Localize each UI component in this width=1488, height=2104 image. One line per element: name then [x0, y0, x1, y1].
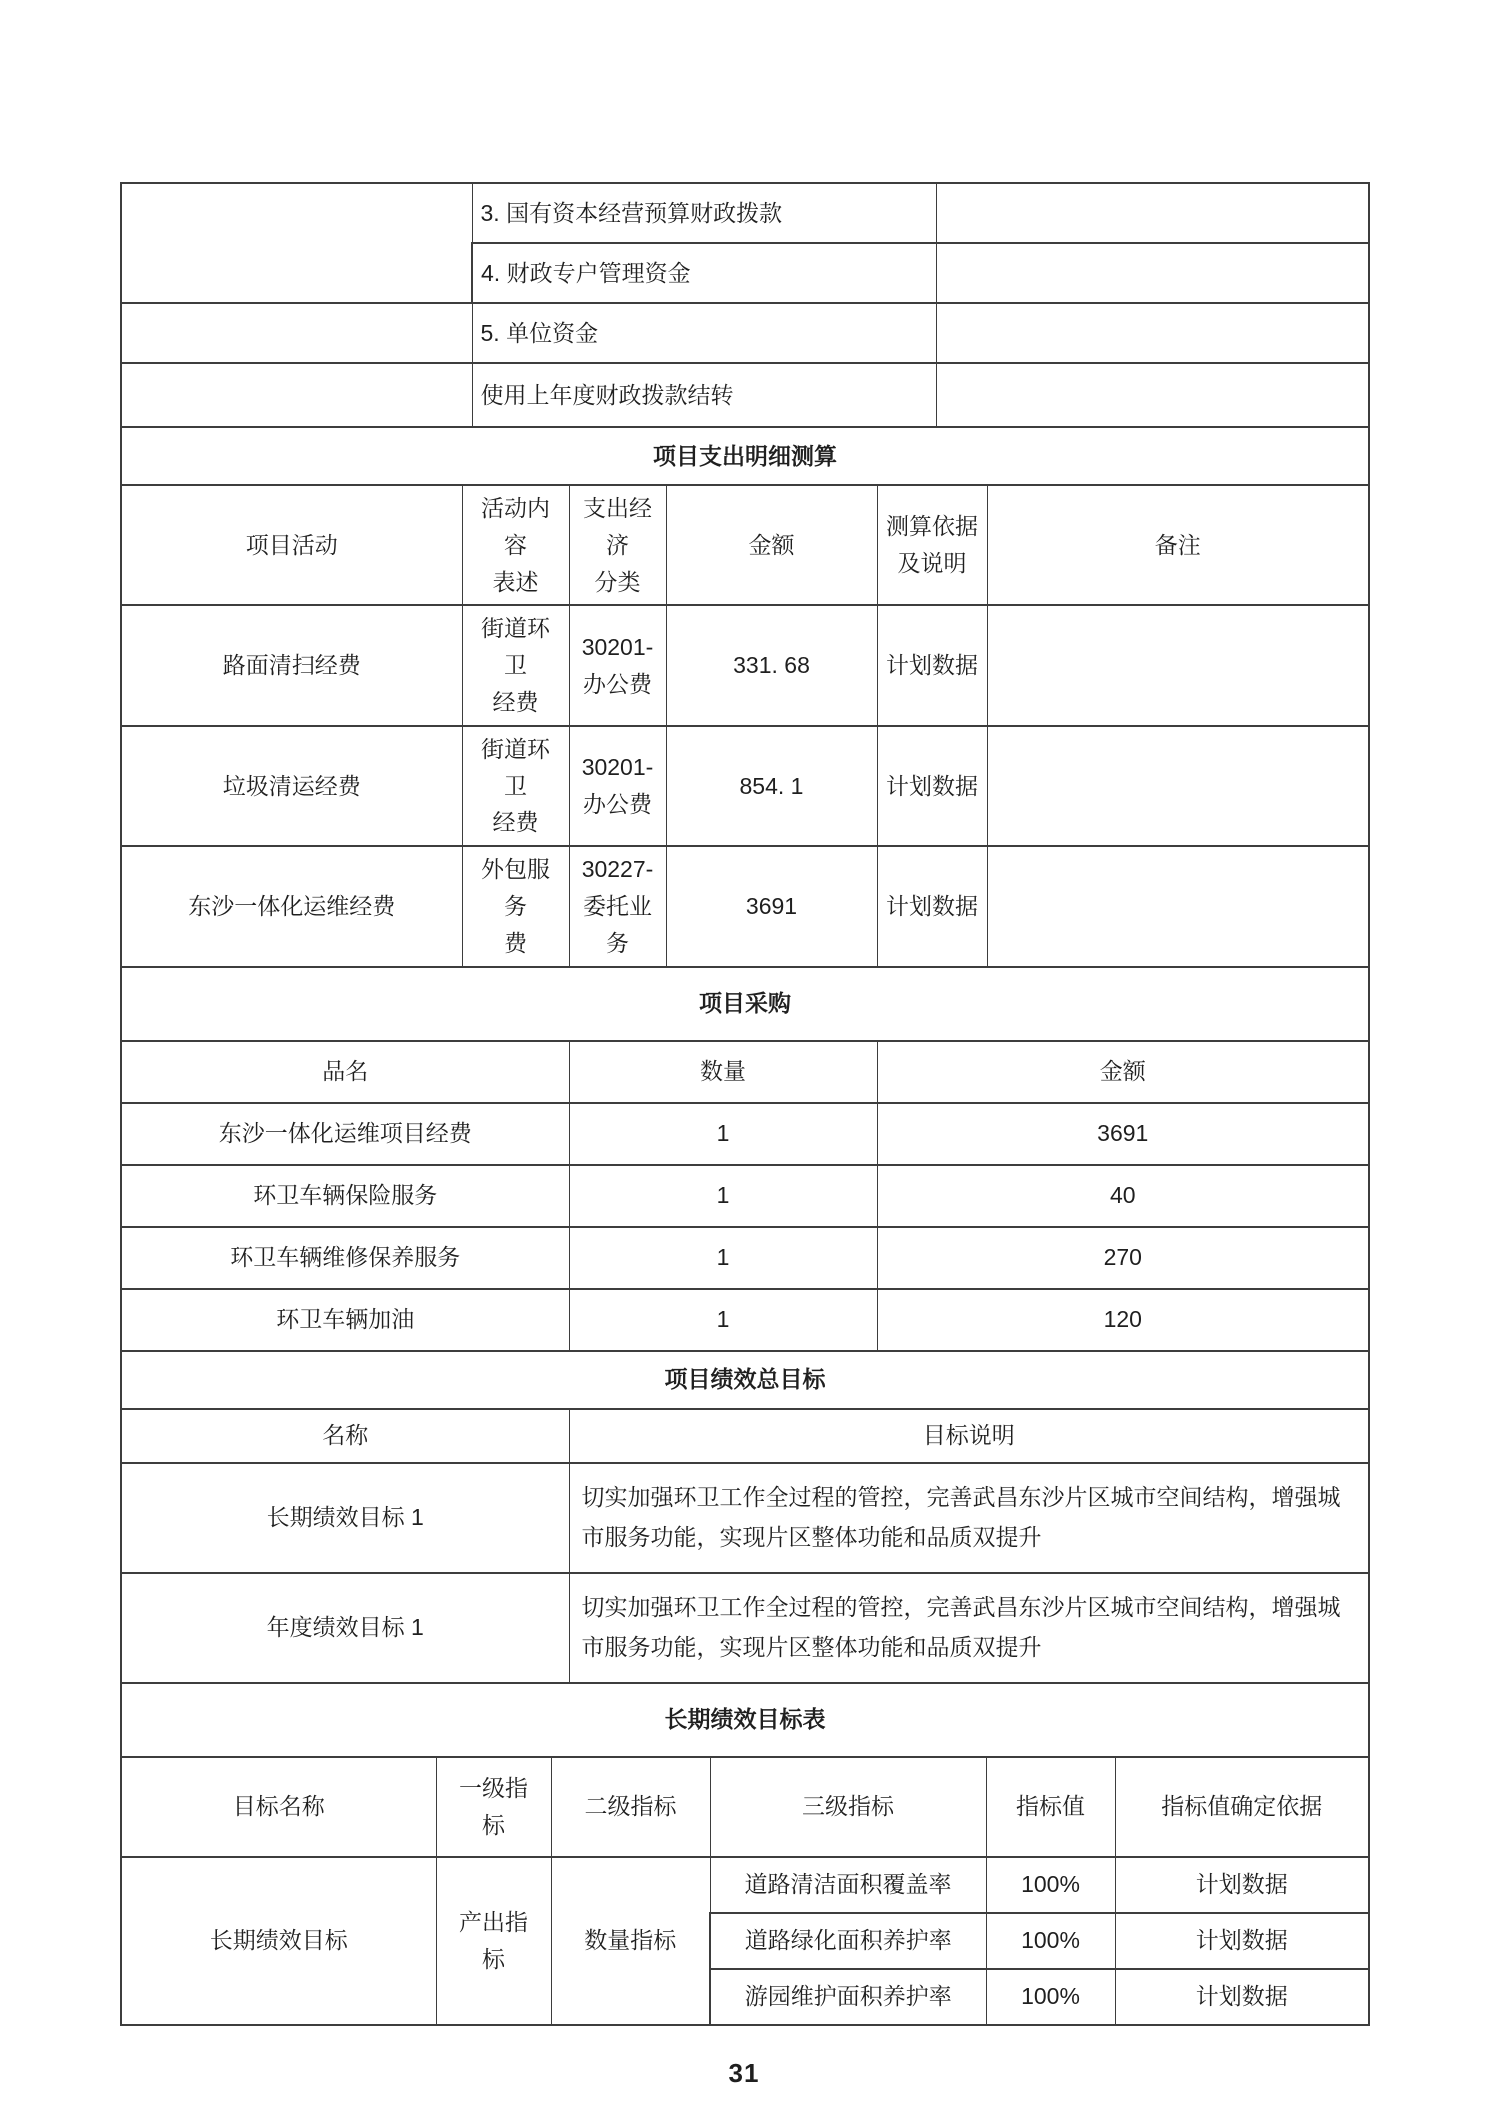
- table-row: 东沙一体化运维经费 外包服务 费 30227- 委托业 务 3691 计划数据: [121, 846, 1369, 966]
- amount-cell: 854. 1: [666, 726, 877, 846]
- basis-cell: 计划数据: [877, 726, 987, 846]
- activity-cell: 东沙一体化运维经费: [121, 846, 462, 966]
- amount-cell: 3691: [666, 846, 877, 966]
- quantity-cell: 1: [569, 1227, 877, 1289]
- level3-indicator-cell: 道路绿化面积养护率: [710, 1913, 986, 1969]
- table-row: 年度绩效目标 1 切实加强环卫工作全过程的管控，完善武昌东沙片区城市空间结构，增…: [121, 1573, 1369, 1683]
- table-row: 路面清扫经费 街道环卫 经费 30201- 办公费 331. 68 计划数据: [121, 605, 1369, 725]
- procurement-title: 项目采购: [121, 967, 1369, 1041]
- goal-desc-cell: 切实加强环卫工作全过程的管控，完善武昌东沙片区城市空间结构，增强城市服务功能，实…: [569, 1573, 1369, 1683]
- header-value-basis: 指标值确定依据: [1115, 1757, 1369, 1857]
- table-row: 环卫车辆加油 1 120: [121, 1289, 1369, 1351]
- table-row: 5. 单位资金: [121, 303, 1369, 363]
- header-remark: 备注: [987, 485, 1369, 605]
- longterm-goal-table: 长期绩效目标表 目标名称 一级指 标 二级指标 三级指标 指标值 指标值确定依据…: [120, 1682, 1370, 2026]
- procurement-table: 项目采购 品名 数量 金额 东沙一体化运维项目经费 1 3691 环卫车辆保险服…: [120, 966, 1370, 1352]
- econ-class-cell: 30201- 办公费: [569, 605, 666, 725]
- header-row: 目标名称 一级指 标 二级指标 三级指标 指标值 指标值确定依据: [121, 1757, 1369, 1857]
- header-item-name: 品名: [121, 1041, 569, 1103]
- carryover-label: 4. 财政专户管理资金: [472, 243, 936, 303]
- indicator-value-cell: 100%: [986, 1969, 1115, 2025]
- quantity-cell: 1: [569, 1289, 877, 1351]
- page-number: 31: [120, 2058, 1368, 2089]
- table-row: 环卫车辆维修保养服务 1 270: [121, 1227, 1369, 1289]
- table-row: 长期绩效目标 1 切实加强环卫工作全过程的管控，完善武昌东沙片区城市空间结构，增…: [121, 1463, 1369, 1573]
- carryover-label: 5. 单位资金: [472, 303, 936, 363]
- header-row: 品名 数量 金额: [121, 1041, 1369, 1103]
- econ-class-cell: 30201- 办公费: [569, 726, 666, 846]
- header-activity: 项目活动: [121, 485, 462, 605]
- table-row: 垃圾清运经费 街道环卫 经费 30201- 办公费 854. 1 计划数据: [121, 726, 1369, 846]
- section-title-row: 长期绩效目标表: [121, 1683, 1369, 1757]
- section-title-row: 项目绩效总目标: [121, 1351, 1369, 1409]
- carryover-label: 使用上年度财政拨款结转: [472, 363, 936, 427]
- header-level1-indicator: 一级指 标: [436, 1757, 551, 1857]
- header-row: 项目活动 活动内容 表述 支出经 济 分类 金额 测算依据 及说明 备注: [121, 485, 1369, 605]
- header-content: 活动内容 表述: [462, 485, 569, 605]
- quantity-cell: 1: [569, 1103, 877, 1165]
- carryover-label: 3. 国有资本经营预算财政拨款: [472, 183, 936, 243]
- overall-goal-table: 项目绩效总目标 名称 目标说明 长期绩效目标 1 切实加强环卫工作全过程的管控，…: [120, 1350, 1370, 1684]
- header-row: 名称 目标说明: [121, 1409, 1369, 1463]
- header-level3-indicator: 三级指标: [710, 1757, 986, 1857]
- quantity-cell: 1: [569, 1165, 877, 1227]
- item-name-cell: 环卫车辆加油: [121, 1289, 569, 1351]
- indicator-value-cell: 100%: [986, 1857, 1115, 1913]
- level1-indicator-cell: 产出指 标: [436, 1857, 551, 2025]
- value-basis-cell: 计划数据: [1115, 1857, 1369, 1913]
- expenditure-detail-title: 项目支出明细测算: [121, 427, 1369, 485]
- indicator-value-cell: 100%: [986, 1913, 1115, 1969]
- carryover-category-cell: [121, 303, 472, 363]
- table-row: 东沙一体化运维项目经费 1 3691: [121, 1103, 1369, 1165]
- longterm-goal-title: 长期绩效目标表: [121, 1683, 1369, 1757]
- document-body: 3. 国有资本经营预算财政拨款 4. 财政专户管理资金 5. 单位资金 使用上年…: [120, 182, 1368, 2089]
- content-cell: 街道环卫 经费: [462, 726, 569, 846]
- econ-class-cell: 30227- 委托业 务: [569, 846, 666, 966]
- level3-indicator-cell: 道路清洁面积覆盖率: [710, 1857, 986, 1913]
- activity-cell: 路面清扫经费: [121, 605, 462, 725]
- goal-name-cell: 长期绩效目标 1: [121, 1463, 569, 1573]
- item-name-cell: 环卫车辆维修保养服务: [121, 1227, 569, 1289]
- document-page: 3. 国有资本经营预算财政拨款 4. 财政专户管理资金 5. 单位资金 使用上年…: [0, 0, 1488, 2104]
- carryover-category-cell: [121, 363, 472, 427]
- amount-cell: 270: [877, 1227, 1369, 1289]
- table-row: 环卫车辆保险服务 1 40: [121, 1165, 1369, 1227]
- goal-name-cell: 年度绩效目标 1: [121, 1573, 569, 1683]
- level3-indicator-cell: 游园维护面积养护率: [710, 1969, 986, 2025]
- carryover-amount-cell: [936, 243, 1369, 303]
- carryover-amount-cell: [936, 303, 1369, 363]
- section-title-row: 项目采购: [121, 967, 1369, 1041]
- amount-cell: 120: [877, 1289, 1369, 1351]
- table-row: 使用上年度财政拨款结转: [121, 363, 1369, 427]
- activity-cell: 垃圾清运经费: [121, 726, 462, 846]
- header-level2-indicator: 二级指标: [551, 1757, 710, 1857]
- table-row: 长期绩效目标 产出指 标 数量指标 道路清洁面积覆盖率 100% 计划数据: [121, 1857, 1369, 1913]
- header-econ-class: 支出经 济 分类: [569, 485, 666, 605]
- expenditure-detail-table: 项目支出明细测算 项目活动 活动内容 表述 支出经 济 分类 金额 测算依据 及…: [120, 426, 1370, 968]
- value-basis-cell: 计划数据: [1115, 1969, 1369, 2025]
- value-basis-cell: 计划数据: [1115, 1913, 1369, 1969]
- basis-cell: 计划数据: [877, 605, 987, 725]
- item-name-cell: 环卫车辆保险服务: [121, 1165, 569, 1227]
- header-amount: 金额: [877, 1041, 1369, 1103]
- remark-cell: [987, 605, 1369, 725]
- overall-goal-title: 项目绩效总目标: [121, 1351, 1369, 1409]
- header-goal-name: 目标名称: [121, 1757, 436, 1857]
- header-basis: 测算依据 及说明: [877, 485, 987, 605]
- carryover-amount-cell: [936, 363, 1369, 427]
- header-goal-desc: 目标说明: [569, 1409, 1369, 1463]
- header-quantity: 数量: [569, 1041, 877, 1103]
- amount-cell: 331. 68: [666, 605, 877, 725]
- basis-cell: 计划数据: [877, 846, 987, 966]
- section-title-row: 项目支出明细测算: [121, 427, 1369, 485]
- carryover-table: 3. 国有资本经营预算财政拨款 4. 财政专户管理资金 5. 单位资金 使用上年…: [120, 182, 1370, 428]
- carryover-category-cell: [121, 183, 472, 303]
- level2-indicator-cell: 数量指标: [551, 1857, 710, 2025]
- header-indicator-value: 指标值: [986, 1757, 1115, 1857]
- carryover-amount-cell: [936, 183, 1369, 243]
- content-cell: 街道环卫 经费: [462, 605, 569, 725]
- remark-cell: [987, 846, 1369, 966]
- amount-cell: 40: [877, 1165, 1369, 1227]
- item-name-cell: 东沙一体化运维项目经费: [121, 1103, 569, 1165]
- content-cell: 外包服务 费: [462, 846, 569, 966]
- goal-name-cell: 长期绩效目标: [121, 1857, 436, 2025]
- header-amount: 金额: [666, 485, 877, 605]
- table-row: 3. 国有资本经营预算财政拨款: [121, 183, 1369, 243]
- amount-cell: 3691: [877, 1103, 1369, 1165]
- goal-desc-cell: 切实加强环卫工作全过程的管控，完善武昌东沙片区城市空间结构，增强城市服务功能，实…: [569, 1463, 1369, 1573]
- remark-cell: [987, 726, 1369, 846]
- header-goal-name: 名称: [121, 1409, 569, 1463]
